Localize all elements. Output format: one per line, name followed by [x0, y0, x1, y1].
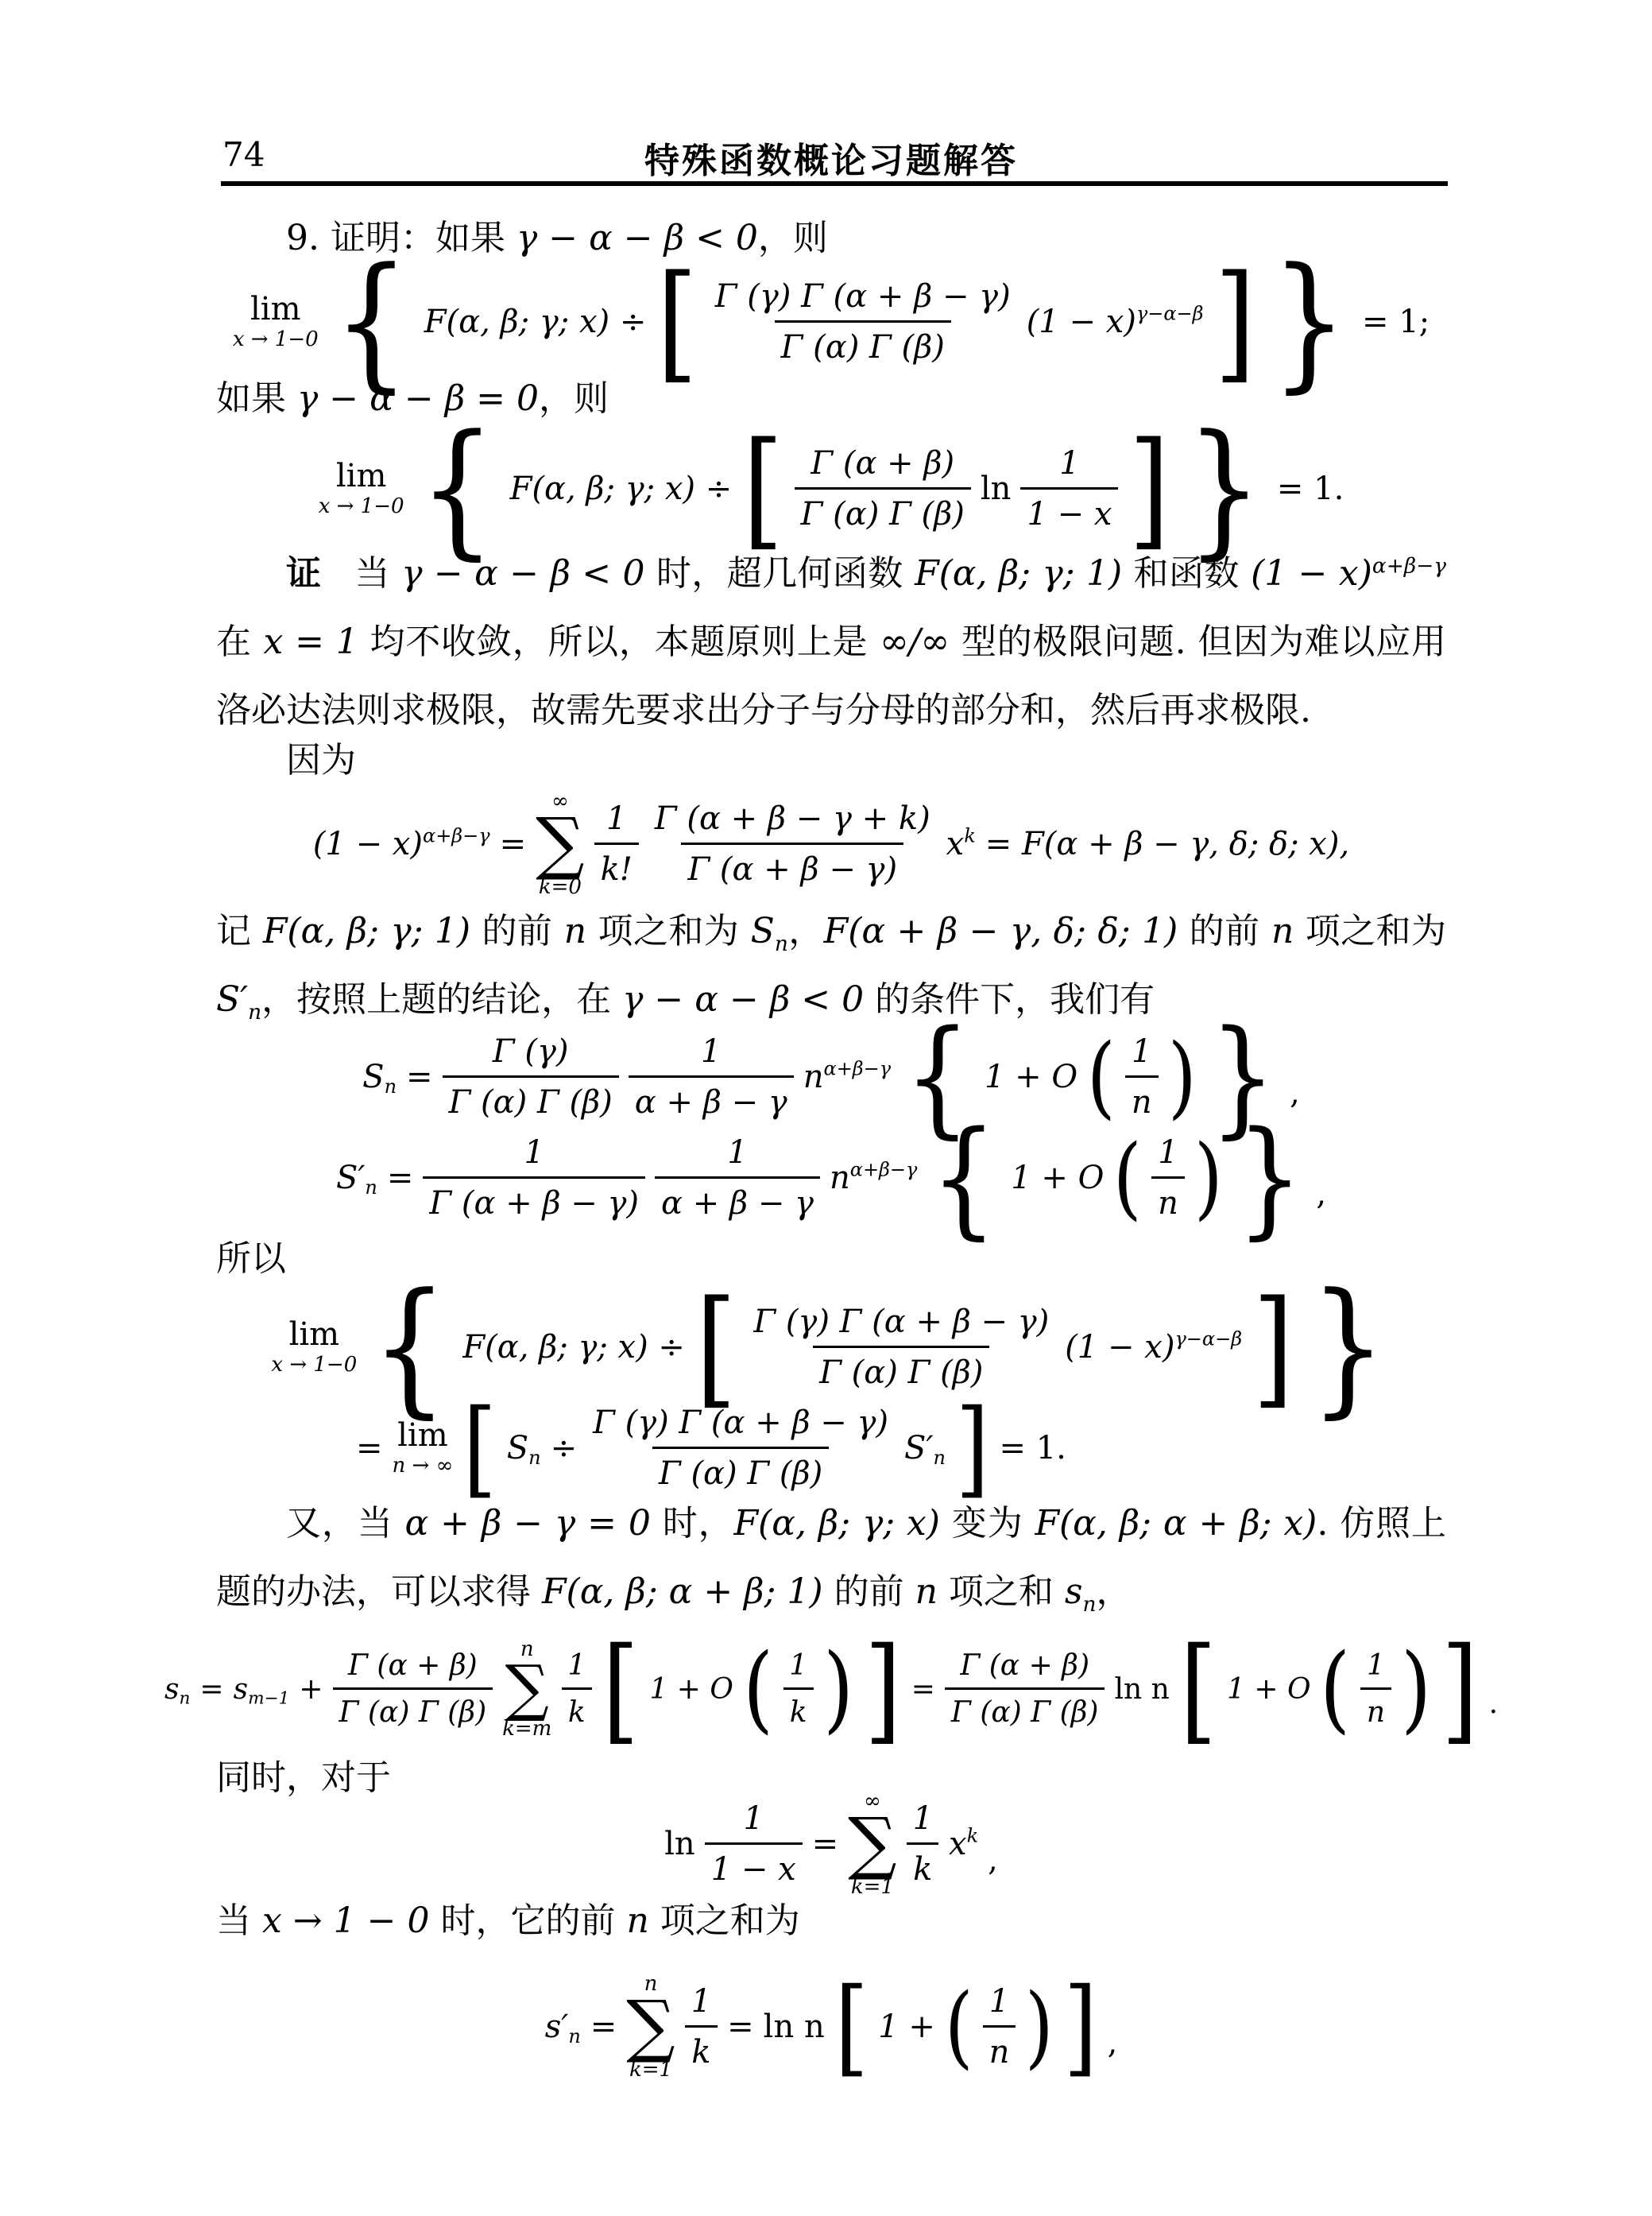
math-run: n [626, 1900, 648, 1941]
fraction: 1k [685, 1983, 718, 2071]
equals-term: = F(α + β − γ, δ; δ; x), [985, 826, 1349, 862]
math-term: F(α, β; γ; x) ÷ [510, 471, 733, 507]
equals-sign: = [356, 1430, 383, 1466]
fraction: 1k [783, 1649, 814, 1729]
power-term: (1 − x)γ−α−β [1065, 1329, 1242, 1366]
connector-because: 因为 [216, 726, 1446, 795]
limit-intro-paragraph: 当 x → 1 − 0 时，它的前 n 项之和为 [216, 1887, 1446, 1955]
right-bracket: ] [1129, 425, 1170, 552]
text-run: 的前 [1178, 911, 1271, 951]
text-run: ，则 [758, 218, 828, 258]
left-bracket: [ [696, 1284, 737, 1411]
comma: , [1108, 2024, 1118, 2061]
formula-partial-sum-sn: sn = sm−1 + Γ (α + β)Γ (α) Γ (β) n∑k=m 1… [216, 1629, 1446, 1749]
text-run: 因为 [286, 740, 356, 781]
fraction: Γ (γ) Γ (α + β − γ)Γ (α) Γ (β) [709, 278, 1017, 366]
formula-sn-prime: S′n = 1Γ (α + β − γ) 1α + β − γ nα+β−γ {… [216, 1130, 1446, 1226]
formula-log-series: ln 11 − x = ∞∑k=1 1k xk , [216, 1800, 1446, 1888]
fraction: 1α + β − γ [629, 1033, 794, 1121]
math-term: 1 + O [649, 1673, 733, 1706]
math-run: F(α, β; α + β; 1) [542, 1571, 823, 1612]
power-term: (1 − x)γ−α−β [1027, 304, 1204, 340]
ln-operator: ln [981, 471, 1012, 507]
left-bracket: [ [602, 1632, 639, 1746]
summation-operator: n∑k=1 [626, 1974, 675, 2080]
equals-sign: = [500, 826, 527, 862]
text-run: 的前 [823, 1571, 915, 1612]
equals-sign: = [406, 1059, 433, 1095]
text-run: 项之和为 [649, 1900, 800, 1941]
math-run: F(α, β; γ; 1) [915, 553, 1122, 594]
proof-label: 证 [286, 553, 321, 594]
subscript-term: S′n [216, 979, 261, 1020]
comma: , [988, 1842, 998, 1878]
fraction: 1n [1360, 1649, 1391, 1729]
formula-limit-ratio-line1: limx → 1−0 { F(α, β; γ; x) ÷ [ Γ (γ) Γ (… [216, 1293, 1446, 1401]
left-bracket: [ [463, 1396, 497, 1501]
ln-operator: ln [664, 1826, 695, 1862]
formula-binomial-expansion: (1 − x)α+β−γ = ∞∑k=0 1k! Γ (α + β − γ + … [216, 788, 1446, 900]
left-paren: ( [945, 1982, 973, 2071]
text-run: ， [1097, 1571, 1132, 1612]
equals-term: = 1. [1277, 471, 1344, 507]
left-bracket: [ [743, 425, 783, 552]
text-run: 如果 [216, 378, 297, 419]
divide-sign: ÷ [551, 1430, 578, 1466]
right-paren: ) [1194, 1133, 1223, 1222]
left-bracket: [ [1180, 1632, 1217, 1746]
left-brace: { [931, 1114, 997, 1242]
equals-term: = 1; [1362, 304, 1430, 340]
fraction: Γ (γ) Γ (α + β − γ)Γ (α) Γ (β) [747, 1304, 1055, 1391]
fraction: 1Γ (α + β − γ) [423, 1134, 645, 1222]
subscript-term: S′n [336, 1160, 377, 1196]
power-term: nα+β−γ [830, 1160, 917, 1196]
fraction: 1n [983, 1983, 1016, 2071]
right-paren: ) [1025, 1982, 1054, 2071]
summation-operator: n∑k=m [502, 1639, 551, 1739]
math-run: α + β − γ = 0 [405, 1503, 651, 1544]
math-term: 1 + O [1227, 1673, 1310, 1706]
math-term: F(α, β; γ; x) ÷ [462, 1329, 685, 1366]
limit-operator: limx → 1−0 [319, 459, 404, 517]
fraction: 1n [1151, 1134, 1185, 1222]
power-term: (1 − x)α+β−γ [313, 826, 490, 862]
right-brace: } [1236, 1114, 1302, 1242]
text-run: ， [788, 911, 824, 951]
left-paren: ( [1113, 1133, 1142, 1222]
right-paren: ) [1401, 1642, 1431, 1737]
text-run: 项之和为 [1294, 911, 1446, 951]
right-paren: ) [823, 1642, 853, 1737]
text-run: ，按照上题的结论，在 [261, 979, 622, 1020]
text-run: 和函数 [1122, 553, 1251, 594]
subscript-term: Sn [751, 911, 788, 951]
limit-operator: limx → 1−0 [271, 1318, 357, 1376]
text-run: 当 [216, 1900, 262, 1941]
textbook-page: 74 特殊函数概论习题解答 9. 证明：如果 γ − α − β < 0，则 l… [0, 0, 1652, 2216]
subscript-term: s′n [545, 2009, 581, 2045]
power-term: (1 − x)α+β−γ [1251, 553, 1446, 594]
math-term: F(α, β; γ; x) ÷ [424, 304, 647, 340]
subscript-term: sn [1065, 1571, 1097, 1612]
subscript-term: sn [164, 1673, 190, 1706]
summation-operator: ∞∑k=1 [848, 1791, 896, 1897]
math-run: n [1271, 911, 1294, 951]
fraction: Γ (α + β)Γ (α) Γ (β) [945, 1649, 1105, 1729]
text-run: 变为 [940, 1503, 1035, 1544]
right-bracket: ] [956, 1396, 989, 1501]
equals-sign: = [812, 1826, 839, 1862]
fraction: 1n [1125, 1033, 1159, 1121]
right-bracket: ] [1253, 1284, 1294, 1411]
fraction: 1k [561, 1649, 592, 1729]
math-term: 1 + O [1011, 1160, 1104, 1196]
left-paren: ( [1087, 1032, 1116, 1122]
text-run: 在 [216, 622, 264, 662]
right-bracket: ] [865, 1632, 901, 1746]
math-run: γ − α − β = 0 [297, 378, 539, 419]
equals-term: = 1. [1000, 1430, 1066, 1466]
formula-limit-log-case: limx → 1−0 { F(α, β; γ; x) ÷ [ Γ (α + β)… [216, 429, 1446, 548]
equals-sign: = [387, 1160, 414, 1196]
fraction: Γ (α + β)Γ (α) Γ (β) [795, 445, 971, 533]
text-run: 同时，对于 [216, 1757, 391, 1798]
fraction: 1k [907, 1800, 939, 1888]
formula-harmonic-sum: s′n = n∑k=1 1k = ln n [ 1 + ( 1n ) ] , [216, 1973, 1446, 2081]
formula-limit-ratio-line2: = limn → ∞ [ Sn ÷ Γ (γ) Γ (α + β − γ)Γ (… [216, 1406, 1446, 1490]
text-run: 的前 [470, 911, 564, 951]
math-run: n [564, 911, 586, 951]
text-run: 所以 [216, 1238, 286, 1279]
case-two-paragraph: 又，当 α + β − γ = 0 时，F(α, β; γ; x) 变为 F(α… [216, 1490, 1446, 1626]
math-term: 1 + O [985, 1059, 1077, 1095]
power-term: xk [946, 826, 976, 862]
period: . [1489, 1687, 1498, 1720]
formula-limit-power-case: limx → 1−0 { F(α, β; γ; x) ÷ [ Γ (γ) Γ (… [216, 262, 1446, 382]
left-bracket: [ [834, 1974, 868, 2079]
equals-sign: = [911, 1673, 935, 1706]
math-run: F(α + β − γ, δ; δ; 1) [824, 911, 1178, 951]
subscript-term: sm−1 [234, 1673, 290, 1706]
ln-term: ln n [1114, 1673, 1169, 1706]
text-run: 时，它的前 [429, 1900, 626, 1941]
text-run: 记 [216, 911, 263, 951]
math-run: ∞/∞ [880, 622, 950, 662]
fraction: 11 − x [705, 1800, 803, 1888]
plus-sign: + [299, 1673, 323, 1706]
fraction: Γ (γ) Γ (α + β − γ)Γ (α) Γ (β) [586, 1404, 895, 1492]
text-run: 均不收敛，所以，本题原则上是 [358, 622, 880, 662]
left-paren: ( [1321, 1642, 1351, 1737]
math-run: γ − α − β < 0 [516, 218, 758, 258]
text-run: 时， [651, 1503, 734, 1544]
proof-paragraph: 证当 γ − α − β < 0 时，超几何函数 F(α, β; γ; 1) 和… [216, 540, 1446, 745]
right-brace: } [1310, 1274, 1386, 1420]
math-run: F(α, β; γ; x) [734, 1503, 940, 1544]
equals-sign: = [727, 2009, 754, 2045]
right-bracket: ] [1441, 1632, 1478, 1746]
text-run: 项之和为 [586, 911, 751, 951]
limit-operator: limn → ∞ [393, 1419, 454, 1477]
equals-sign: = [199, 1673, 223, 1706]
left-paren: ( [743, 1642, 773, 1737]
subscript-term: Sn [507, 1430, 541, 1466]
page-content: 9. 证明：如果 γ − α − β < 0，则 limx → 1−0 { F(… [216, 0, 1446, 2216]
text-run: ，则 [539, 378, 609, 419]
right-bracket: ] [1064, 1974, 1097, 2079]
math-term: 1 + [878, 2009, 935, 2045]
math-run: F(α, β; α + β; x) [1035, 1503, 1317, 1544]
fraction: Γ (γ)Γ (α) Γ (β) [443, 1033, 619, 1121]
fraction: Γ (α + β)Γ (α) Γ (β) [333, 1649, 493, 1729]
math-run: γ − α − β < 0 [622, 979, 864, 1020]
text-run: 项之和 [938, 1571, 1065, 1612]
fraction: 1α + β − γ [655, 1134, 820, 1222]
math-run: x = 1 [264, 622, 358, 662]
power-term: xk [949, 1826, 978, 1862]
fraction: 1k! [594, 800, 639, 888]
math-run: n [915, 1571, 938, 1612]
summation-operator: ∞∑k=0 [536, 791, 584, 897]
comma: , [1316, 1176, 1326, 1212]
fraction: Γ (α + β − γ + k)Γ (α + β − γ) [648, 800, 937, 888]
text-run: 又，当 [286, 1503, 405, 1544]
fraction: 11 − x [1020, 445, 1118, 533]
left-brace: { [372, 1274, 448, 1420]
math-run: F(α, β; γ; 1) [263, 911, 470, 951]
math-run: x → 1 − 0 [262, 1900, 429, 1941]
subscript-term: S′n [904, 1430, 946, 1466]
text-run: 时，超几何函数 [645, 553, 915, 594]
subscript-term: Sn [362, 1059, 397, 1095]
right-paren: ) [1168, 1032, 1197, 1122]
math-run: γ − α − β < 0 [401, 553, 644, 594]
ln-term: ln n [764, 2009, 825, 2045]
text-run: 当 [354, 553, 401, 594]
limit-operator: limx → 1−0 [233, 292, 319, 351]
power-term: nα+β−γ [803, 1059, 891, 1095]
equals-sign: = [590, 2009, 617, 2045]
